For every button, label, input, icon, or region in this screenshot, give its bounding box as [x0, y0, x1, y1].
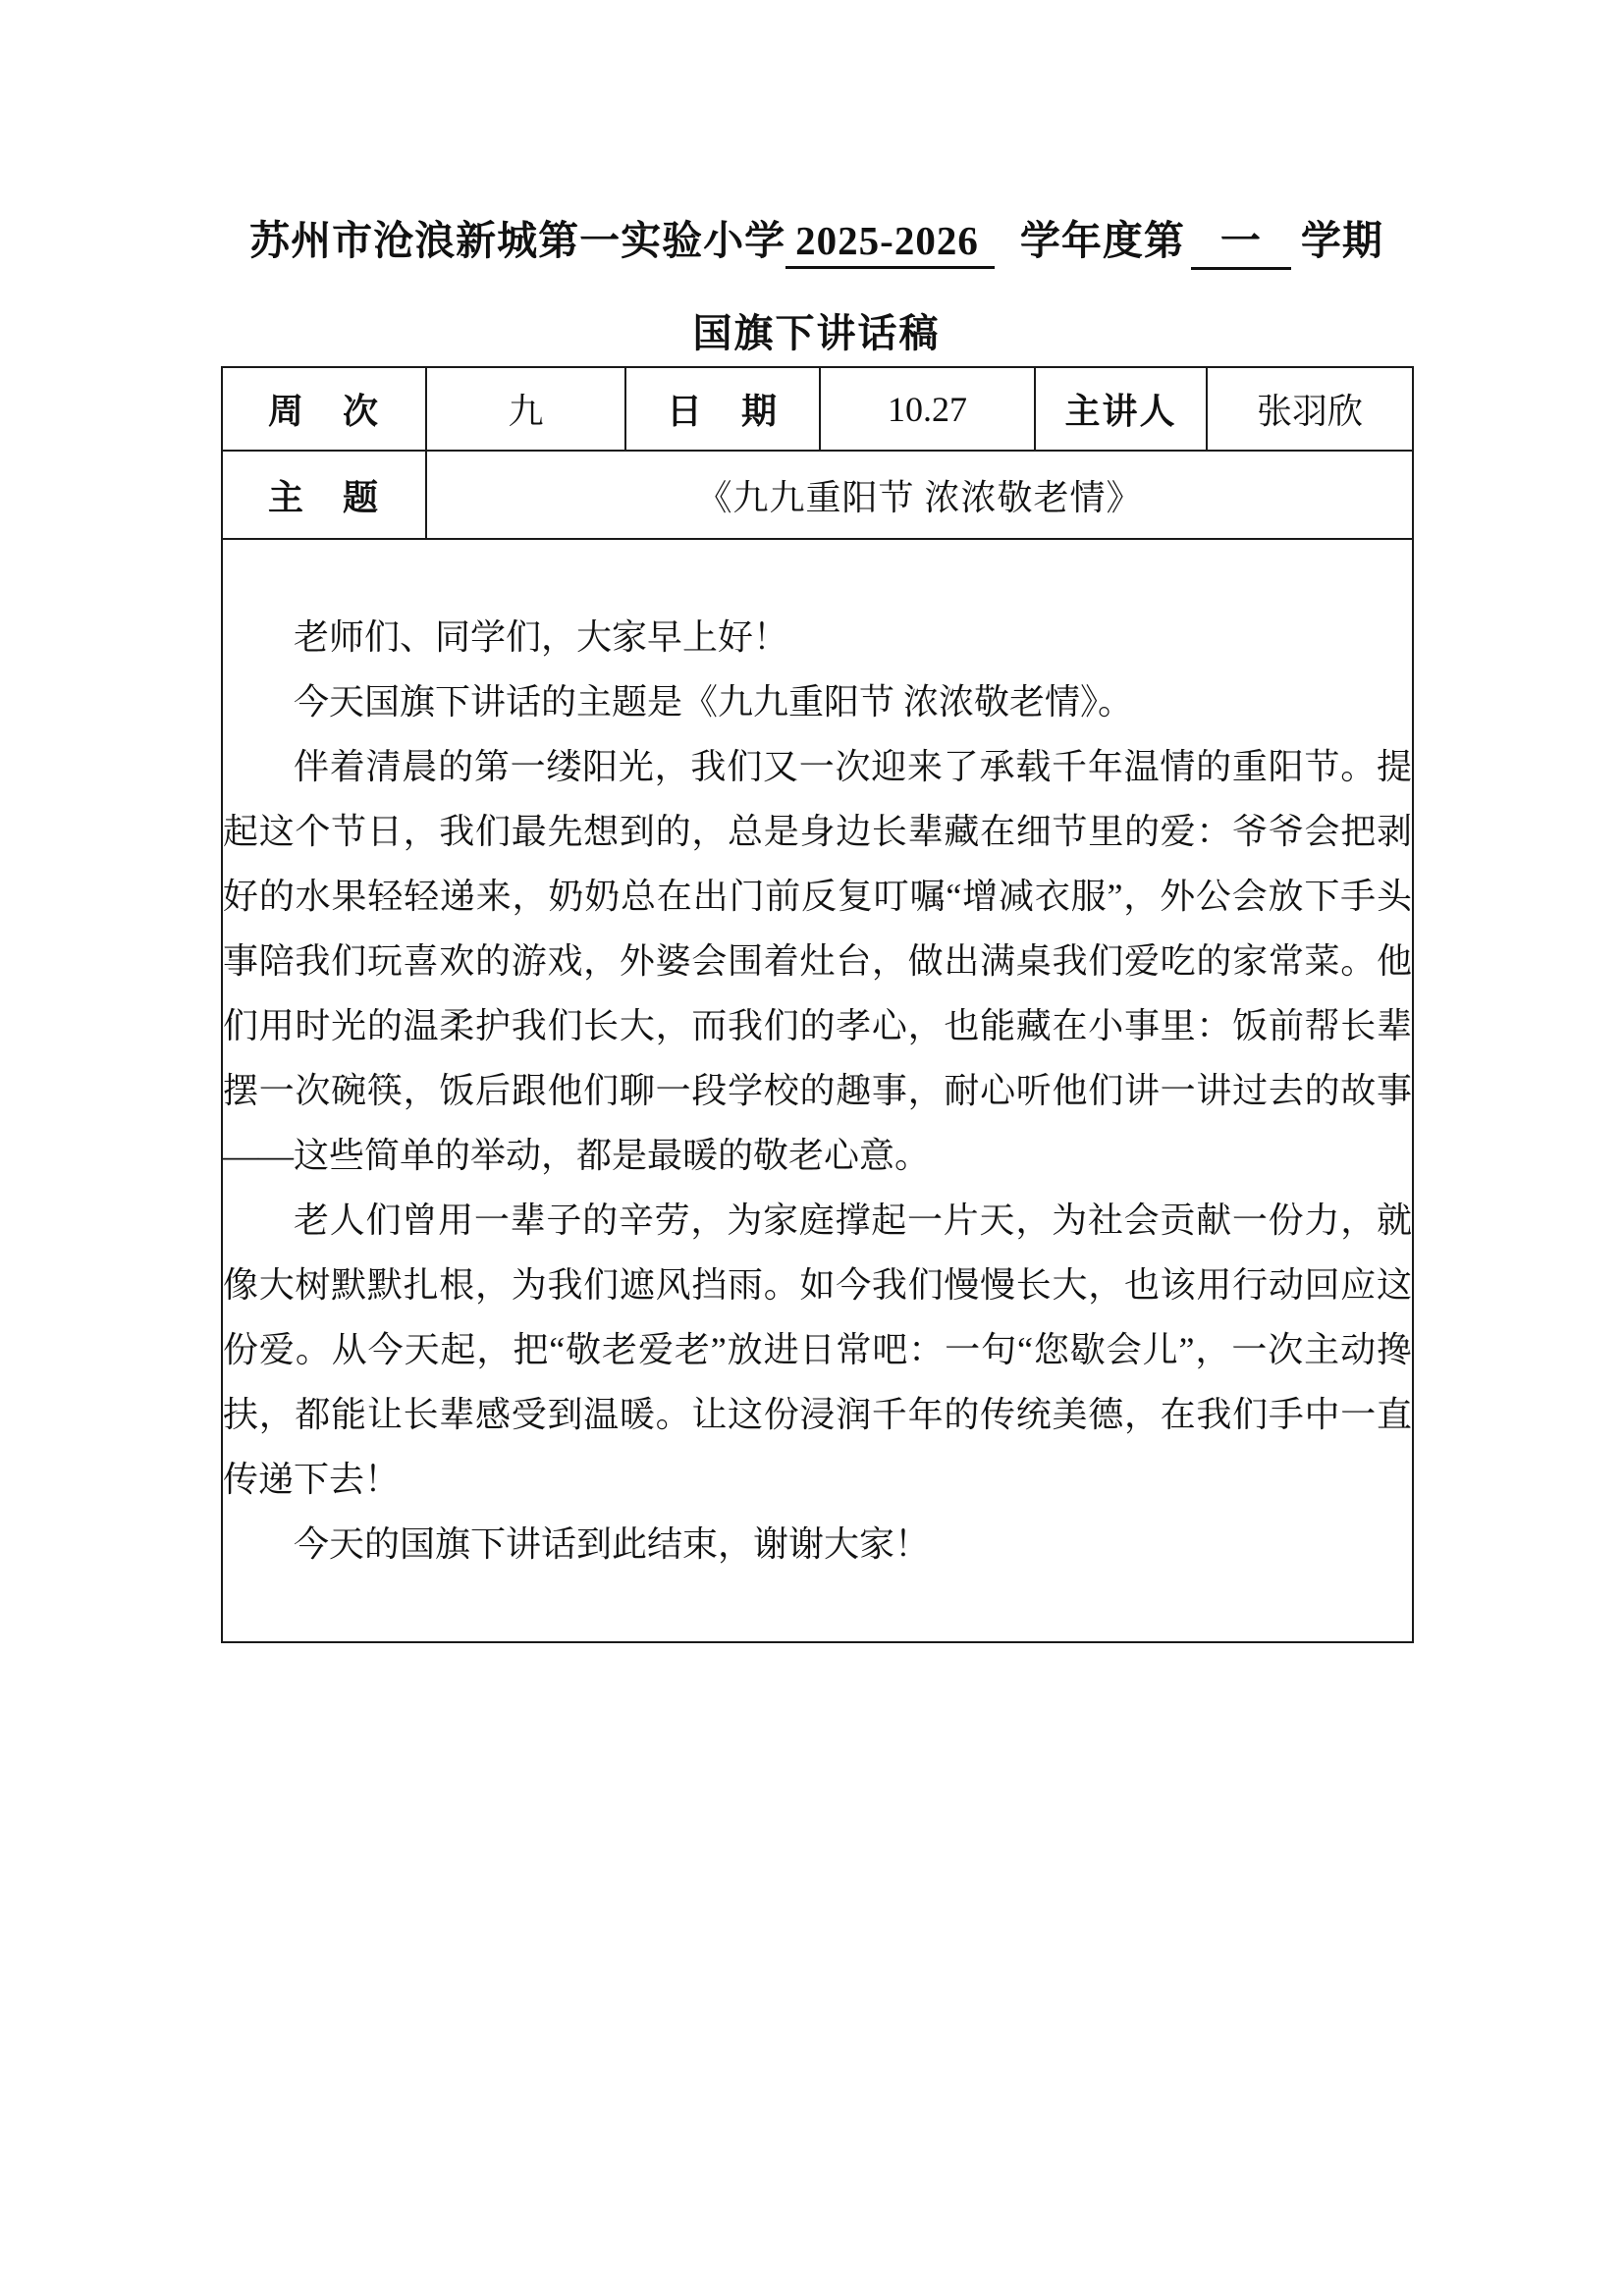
document-subtitle: 国旗下讲话稿 [221, 302, 1412, 358]
info-table: 周 次 九 日 期 10.27 主讲人 张羽欣 主 题 《九九重阳节 浓浓敬老情… [221, 366, 1414, 1643]
table-row-meta: 周 次 九 日 期 10.27 主讲人 张羽欣 [222, 367, 1413, 451]
table-row-body: 老师们、同学们，大家早上好！今天国旗下讲话的主题是《九九重阳节 浓浓敬老情》。伴… [222, 539, 1413, 1642]
week-value-cell: 九 [426, 367, 625, 451]
title-school-name: 苏州市沧浪新城第一实验小学 [249, 218, 785, 263]
speech-paragraph: 今天国旗下讲话的主题是《九九重阳节 浓浓敬老情》。 [223, 669, 1412, 734]
speech-paragraph: 今天的国旗下讲话到此结束，谢谢大家！ [223, 1512, 1412, 1576]
document-title: 苏州市沧浪新城第一实验小学2025-2026学年度第一学期 [221, 208, 1412, 270]
speaker-label-cell: 主讲人 [1035, 367, 1207, 451]
speaker-value-cell: 张羽欣 [1207, 367, 1413, 451]
title-term: 一 [1191, 221, 1291, 270]
speech-paragraph: 老人们曾用一辈子的辛劳，为家庭撑起一片天，为社会贡献一份力，就像大树默默扎根，为… [223, 1188, 1412, 1512]
speech-paragraph: 老师们、同学们，大家早上好！ [223, 605, 1412, 669]
speech-body-cell: 老师们、同学们，大家早上好！今天国旗下讲话的主题是《九九重阳节 浓浓敬老情》。伴… [222, 539, 1413, 1642]
topic-value-cell: 《九九重阳节 浓浓敬老情》 [426, 451, 1413, 539]
document-page: 苏州市沧浪新城第一实验小学2025-2026学年度第一学期 国旗下讲话稿 周 次… [0, 0, 1624, 2296]
week-label-cell: 周 次 [222, 367, 426, 451]
title-mid-text: 学年度第 [1020, 218, 1185, 263]
date-label-cell: 日 期 [625, 367, 820, 451]
topic-label-cell: 主 题 [222, 451, 426, 539]
table-row-topic: 主 题 《九九重阳节 浓浓敬老情》 [222, 451, 1413, 539]
date-value-cell: 10.27 [820, 367, 1035, 451]
speech-paragraph: 伴着清晨的第一缕阳光，我们又一次迎来了承载千年温情的重阳节。提起这个节日，我们最… [223, 734, 1412, 1188]
title-academic-year: 2025-2026 [785, 217, 995, 269]
speech-body: 老师们、同学们，大家早上好！今天国旗下讲话的主题是《九九重阳节 浓浓敬老情》。伴… [223, 605, 1412, 1576]
title-suffix-text: 学期 [1301, 218, 1383, 263]
